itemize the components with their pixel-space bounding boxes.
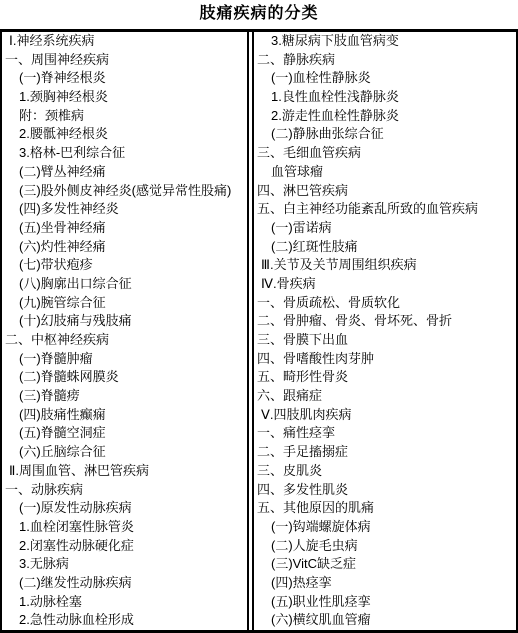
list-item: 2.闭塞性动脉硬化症 — [2, 537, 247, 556]
list-item: 四、骨嗜酸性肉芽肿 — [254, 350, 516, 369]
list-item: (六)灼性神经痛 — [2, 238, 247, 257]
list-item: 一、痛性痉挛 — [254, 424, 516, 443]
list-item: (六)横纹肌血管瘤 — [254, 611, 516, 630]
list-item: (一)雷诺病 — [254, 219, 516, 238]
list-item: 五、畸形性骨炎 — [254, 368, 516, 387]
list-item: (七)带状疱疹 — [2, 256, 247, 275]
list-item: 四、淋巴管疾病 — [254, 182, 516, 201]
list-item: (六)丘脑综合征 — [2, 443, 247, 462]
list-item: 3.糖尿病下肢血管病变 — [254, 32, 516, 51]
column-separator-rule — [247, 32, 254, 630]
list-item: 二、骨肿瘤、骨炎、骨坏死、骨折 — [254, 312, 516, 331]
list-item: 四、多发性肌炎 — [254, 481, 516, 500]
page-title: 肢痛疾病的分类 — [0, 0, 518, 29]
list-item: 六、跟痛症 — [254, 387, 516, 406]
list-item: (九)腕管综合征 — [2, 294, 247, 313]
list-item: 一、周围神经疾病 — [2, 51, 247, 70]
list-item: Ⅰ.神经系统疾病 — [2, 32, 247, 51]
list-item: (二)臂丛神经痛 — [2, 163, 247, 182]
list-item: 血管球瘤 — [254, 163, 516, 182]
list-item: 三、皮肌炎 — [254, 462, 516, 481]
list-item: (一)脊神经根炎 — [2, 69, 247, 88]
list-item: (四)热痉挛 — [254, 574, 516, 593]
list-item: (一)原发性动脉疾病 — [2, 499, 247, 518]
list-item: Ⅱ.周围血管、淋巴管疾病 — [2, 462, 247, 481]
list-item: 3.格林-巴利综合征 — [2, 144, 247, 163]
list-item: 2.急性动脉血栓形成 — [2, 611, 247, 630]
list-item: 二、静脉疾病 — [254, 51, 516, 70]
list-item: 2.腰骶神经根炎 — [2, 125, 247, 144]
list-item: 一、动脉疾病 — [2, 481, 247, 500]
list-item: (二)红斑性肢痛 — [254, 238, 516, 257]
list-item: 五、其他原因的肌痛 — [254, 499, 516, 518]
table-right-column: 3.糖尿病下肢血管病变二、静脉疾病(一)血栓性静脉炎1.良性血栓性浅静脉炎2.游… — [254, 32, 516, 630]
list-item: (一)血栓性静脉炎 — [254, 69, 516, 88]
list-item: Ⅳ.骨疾病 — [254, 275, 516, 294]
list-item: (三)股外侧皮神经炎(感觉异常性股痛) — [2, 182, 247, 201]
list-item: 五、白主神经功能紊乱所致的血管疾病 — [254, 200, 516, 219]
list-item: Ⅴ.四肢肌肉疾病 — [254, 406, 516, 425]
list-item: (一)钩端螺旋体病 — [254, 518, 516, 537]
list-item: (三)VitC缺乏症 — [254, 555, 516, 574]
list-item: (八)胸廓出口综合征 — [2, 275, 247, 294]
classification-table: Ⅰ.神经系统疾病一、周围神经疾病(一)脊神经根炎1.颈胸神经根炎附：颈椎病2.腰… — [0, 29, 518, 633]
table-left-column: Ⅰ.神经系统疾病一、周围神经疾病(一)脊神经根炎1.颈胸神经根炎附：颈椎病2.腰… — [2, 32, 247, 630]
list-item: 3.无脉病 — [2, 555, 247, 574]
list-item: (四)肢痛性癫痫 — [2, 406, 247, 425]
list-item: (四)多发性神经炎 — [2, 200, 247, 219]
list-item: Ⅲ.关节及关节周围组织疾病 — [254, 256, 516, 275]
list-item: (三)脊髓痨 — [2, 387, 247, 406]
list-item: 1.颈胸神经根炎 — [2, 88, 247, 107]
list-item: 1.动脉栓塞 — [2, 593, 247, 612]
list-item: (十)幻肢痛与残肢痛 — [2, 312, 247, 331]
list-item: 1.血栓闭塞性脉管炎 — [2, 518, 247, 537]
list-item: 三、骨膜下出血 — [254, 331, 516, 350]
list-item: 附：颈椎病 — [2, 107, 247, 126]
document-page: 肢痛疾病的分类 Ⅰ.神经系统疾病一、周围神经疾病(一)脊神经根炎1.颈胸神经根炎… — [0, 0, 518, 633]
list-item: (二)继发性动脉疾病 — [2, 574, 247, 593]
list-item: (二)脊髓蛛网膜炎 — [2, 368, 247, 387]
list-item: 一、骨质疏松、骨质软化 — [254, 294, 516, 313]
list-item: (五)脊髓空洞症 — [2, 424, 247, 443]
list-item: (五)职业性肌痉挛 — [254, 593, 516, 612]
list-item: 二、手足搐搦症 — [254, 443, 516, 462]
list-item: (二)人旋毛虫病 — [254, 537, 516, 556]
list-item: (五)坐骨神经痛 — [2, 219, 247, 238]
list-item: 三、毛细血管疾病 — [254, 144, 516, 163]
list-item: 2.游走性血栓性静脉炎 — [254, 107, 516, 126]
list-item: 二、中枢神经疾病 — [2, 331, 247, 350]
list-item: (二)静脉曲张综合征 — [254, 125, 516, 144]
list-item: 1.良性血栓性浅静脉炎 — [254, 88, 516, 107]
list-item: (一)脊髓肿瘤 — [2, 350, 247, 369]
